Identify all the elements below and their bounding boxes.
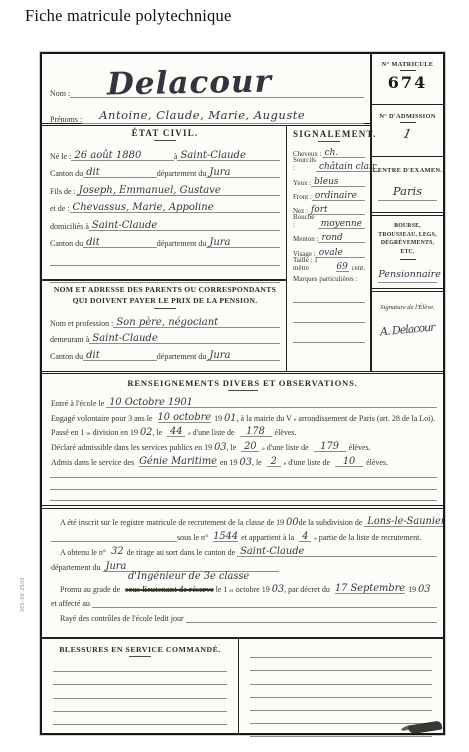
prenoms-line: Antoine, Claude, Marie, Auguste [82, 107, 364, 124]
et-de-row: et de : Chevassus, Marie, Appoline [50, 196, 280, 214]
nom-label: Nom : [50, 89, 70, 98]
engage-row: Engagé volontaire pour 3 ans le 10 octob… [42, 408, 443, 423]
nom-row: Nom : Delacour [50, 60, 364, 98]
blank-ruled-line [50, 478, 437, 490]
canton-label: Canton du [50, 239, 83, 248]
header-section: Nom : Delacour Prénoms : Antoine, Claude… [42, 54, 370, 126]
blank-ruled-line [293, 303, 365, 323]
canton-value: dit [86, 351, 100, 361]
parents-title-line1: NOM ET ADRESSE DES PARENTS OU CORRESPOND… [50, 285, 280, 296]
domicilies-row: domiciliés à Saint-Claude [50, 213, 280, 231]
signature-value: A. Delacour [380, 321, 435, 339]
renseignements-title: RENSEIGNEMENTS DIVERS ET OBSERVATIONS. [42, 378, 443, 388]
nom-value: Delacour [107, 67, 272, 101]
mini-rule [400, 122, 416, 123]
raye-row: Rayé des contrôles de l'école ledit jour [42, 608, 443, 623]
printer-mark: 365-08-2500 [20, 577, 26, 612]
right-column: N° MATRICULE 674 N° D'ADMISSION 1 CENTRE… [370, 54, 443, 371]
double-divider [42, 505, 443, 509]
centre-examen-value: Paris [393, 184, 422, 198]
bourse-value: Pensionnaire [378, 269, 440, 280]
affecte-row: et affecté au [42, 594, 443, 609]
blessures-title: BLESSURES EN SERVICE COMMANDÉ. [42, 645, 238, 654]
renseignements-section: RENSEIGNEMENTS DIVERS ET OBSERVATIONS. E… [42, 371, 443, 637]
blank-ruled-line [293, 283, 365, 303]
departement-row: département du Jura [42, 557, 443, 572]
canton-tirage-value: Saint-Claude [240, 547, 304, 557]
tirage-numero-value: 32 [111, 546, 123, 557]
blank-ruled-line [53, 672, 227, 685]
centre-examen-box: CENTRE D'EXAMEN. Paris [372, 157, 443, 212]
profession-label: Nom et profession : [50, 319, 113, 328]
matricule-label: N° MATRICULE [372, 61, 443, 68]
fils-value: Joseph, Emmanuel, Gustave [79, 186, 221, 196]
title-rule [154, 140, 176, 141]
signalement-row-bouche: Bouche : moyenne [293, 215, 365, 229]
demeurant-value: Saint-Claude [92, 334, 157, 344]
mini-rule [400, 259, 416, 260]
canton-value: dit [86, 168, 100, 178]
signalement-row-sourcils: Sourcils : châtain clair [293, 158, 365, 172]
numero-recrutement-value: 1544 [213, 532, 238, 542]
admis-service-row: Admis dans le service des Génie Maritime… [42, 452, 443, 467]
signalement-section: SIGNALEMENT. Cheveux : ch. Sourcils : ch… [286, 126, 370, 371]
mini-rule [400, 70, 416, 71]
departement-label: département du [157, 169, 207, 178]
marques-label: Marques particulières : [293, 275, 365, 283]
signalement-row-menton: Menton : rond [293, 229, 365, 243]
signalement-row-front: Front : ordinaire [293, 187, 365, 201]
departement-label: département du [157, 352, 207, 361]
blank-ruled-line [50, 629, 437, 637]
canton-row-1: Canton du dit département du Jura [50, 161, 280, 179]
signature-label: Signature de l'Élève. [372, 304, 443, 311]
canton-value: dit [86, 238, 100, 248]
blank-ruled-line [250, 698, 432, 711]
prenoms-value: Antoine, Claude, Marie, Auguste [99, 110, 305, 122]
etat-civil-title: ÉTAT CIVIL. [50, 128, 280, 138]
taille-row: Taille : 1 mètre 69 cent. [293, 258, 365, 272]
title-rule [129, 656, 151, 657]
centre-examen-label: CENTRE D'EXAMEN. [372, 167, 443, 174]
blessures-right-column [239, 639, 443, 733]
title-rule [228, 390, 258, 391]
prenoms-label: Prénoms : [50, 115, 82, 124]
admission-box: N° D'ADMISSION 1 [372, 105, 443, 156]
admission-label: N° D'ADMISSION [372, 113, 443, 120]
blank-ruled-line [53, 699, 227, 712]
canton-row-2: Canton du dit département du Jura [50, 231, 280, 249]
parents-section: NOM ET ADRESSE DES PARENTS OU CORRESPOND… [42, 279, 286, 371]
inscrit-registre-row: A été inscrit sur le registre matricule … [42, 512, 443, 527]
entre-date-value: 10 Octobre 1901 [109, 398, 193, 408]
bourse-box: BOURSE, TROUSSEAU, LEGS, DÉGRÈVEMENTS, E… [372, 216, 443, 288]
entre-ecole-row: Entré à l'école le 10 Octobre 1901 [42, 393, 443, 408]
departement-value: Jura [209, 168, 230, 178]
signalement-row-yeux: Yeux : bleus [293, 172, 365, 186]
parents-title-line2: QUI DOIVENT PAYER LE PRIX DE LA PENSION. [50, 296, 280, 307]
canton-label: Canton du [50, 352, 83, 361]
blessures-left-column: BLESSURES EN SERVICE COMMANDÉ. [42, 639, 239, 733]
matricule-card: Nom : Delacour Prénoms : Antoine, Claude… [40, 52, 445, 735]
blank-ruled-line [53, 659, 227, 672]
matricule-box: N° MATRICULE 674 [372, 54, 443, 104]
etat-civil-section: ÉTAT CIVIL. Né le : 26 août 1880 à Saint… [42, 126, 286, 279]
sous-numero-row: sous le n° 1544 et appartient à la 4 e p… [42, 527, 443, 542]
ne-le-row: Né le : 26 août 1880 à Saint-Claude [50, 143, 280, 161]
lieu-naissance-value: Saint-Claude [180, 151, 245, 161]
subdivision-value: Lons-le-Saunier [367, 517, 443, 527]
departement-value: Jura [209, 351, 230, 361]
taille-value: 69 [336, 263, 347, 272]
profession-row: Nom et profession : Son père, négociant [50, 311, 280, 328]
fils-de-row: Fils de : Joseph, Emmanuel, Gustave [50, 178, 280, 196]
fils-label: Fils de : [50, 187, 76, 196]
blank-ruled-line [250, 711, 432, 724]
blank-ruled-line [250, 645, 432, 658]
admission-value: 1 [402, 126, 413, 142]
demeurant-row: demeurant à Saint-Claude [50, 328, 280, 345]
profession-value: Son père, négociant [116, 318, 218, 328]
blank-ruled-line [50, 248, 280, 266]
taille-unit-label: cent. [352, 264, 365, 272]
et-de-label: et de : [50, 204, 70, 213]
domicilies-label: domiciliés à [50, 222, 89, 231]
blank-ruled-line [53, 685, 227, 698]
matricule-value: 674 [388, 73, 427, 92]
blank-ruled-line [250, 658, 432, 671]
page-title: Fiche matricule polytechnique [25, 6, 231, 26]
canton-row: Canton du dit département du Jura [50, 344, 280, 361]
canton-label: Canton du [50, 169, 83, 178]
blank-ruled-line [250, 685, 432, 698]
ne-label: Né le : [50, 152, 71, 161]
blank-ruled-line [53, 712, 227, 725]
grade-struck-text: sous-lieutenant de réserve [125, 585, 213, 594]
bourse-label: BOURSE, TROUSSEAU, LEGS, DÉGRÈVEMENTS, E… [372, 222, 443, 257]
blessures-section: BLESSURES EN SERVICE COMMANDÉ. [42, 637, 443, 733]
nom-line: Delacour [70, 68, 364, 98]
title-rule [318, 141, 340, 142]
decret-date-value: 17 Septembre [335, 584, 405, 594]
blank-ruled-line [293, 323, 365, 343]
title-rule [154, 308, 176, 309]
et-de-value: Chevassus, Marie, Appoline [73, 203, 214, 213]
domicilies-value: Saint-Claude [92, 221, 157, 231]
blank-ruled-line [250, 671, 432, 684]
prenoms-row: Prénoms : Antoine, Claude, Marie, August… [50, 100, 364, 124]
service-value: Génie Maritime [139, 457, 217, 467]
taille-label: Taille : 1 mètre [293, 256, 333, 272]
blank-ruled-line [50, 490, 437, 502]
blank-ruled-line [50, 467, 437, 479]
departement-value: Jura [209, 238, 230, 248]
ne-value: 26 août 1880 [74, 151, 141, 161]
tirage-row: A obtenu le n° 32 de tirage au sort dans… [42, 542, 443, 557]
promu-grade-row: d'Ingénieur de 3e classe Promu au grade … [42, 579, 443, 594]
passe-division-row: Passé en 1re division en 1902 , le 44 e … [42, 423, 443, 438]
demeurant-label: demeurant à [50, 335, 89, 344]
declare-admissible-row: Déclaré admissible dans les services pub… [42, 437, 443, 452]
signature-box: Signature de l'Élève. A. Delacour [372, 292, 443, 338]
grade-correction-value: d'Ingénieur de 3e classe [128, 571, 249, 582]
departement-label: département du [157, 239, 207, 248]
signalement-title: SIGNALEMENT. [293, 129, 365, 139]
